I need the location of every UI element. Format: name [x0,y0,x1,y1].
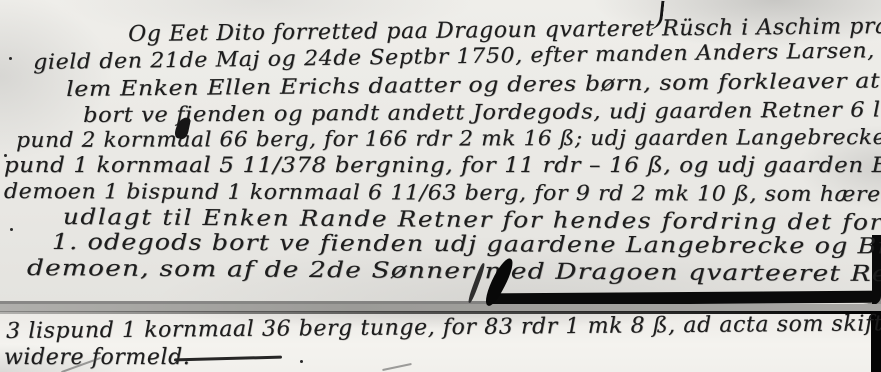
handwriting-line: pund 1 kornmaal 5 11/378 bergning, for 1… [4,153,881,177]
ink-speck [10,228,13,231]
handwriting-line: 1. odegods bort ve fienden udj gaardene … [52,230,881,260]
ink-speck [300,360,303,363]
scanned-manuscript: Og Eet Dito forretted paa Dragoun qvarte… [0,0,881,372]
ink-speck [9,57,12,60]
ink-speck [4,154,7,157]
handwriting-line: demoen 1 bispund 1 kornmaal 6 11/63 berg… [4,179,881,206]
handwriting-line: pund 2 kornmaal 66 berg, for 166 rdr 2 m… [16,125,881,152]
